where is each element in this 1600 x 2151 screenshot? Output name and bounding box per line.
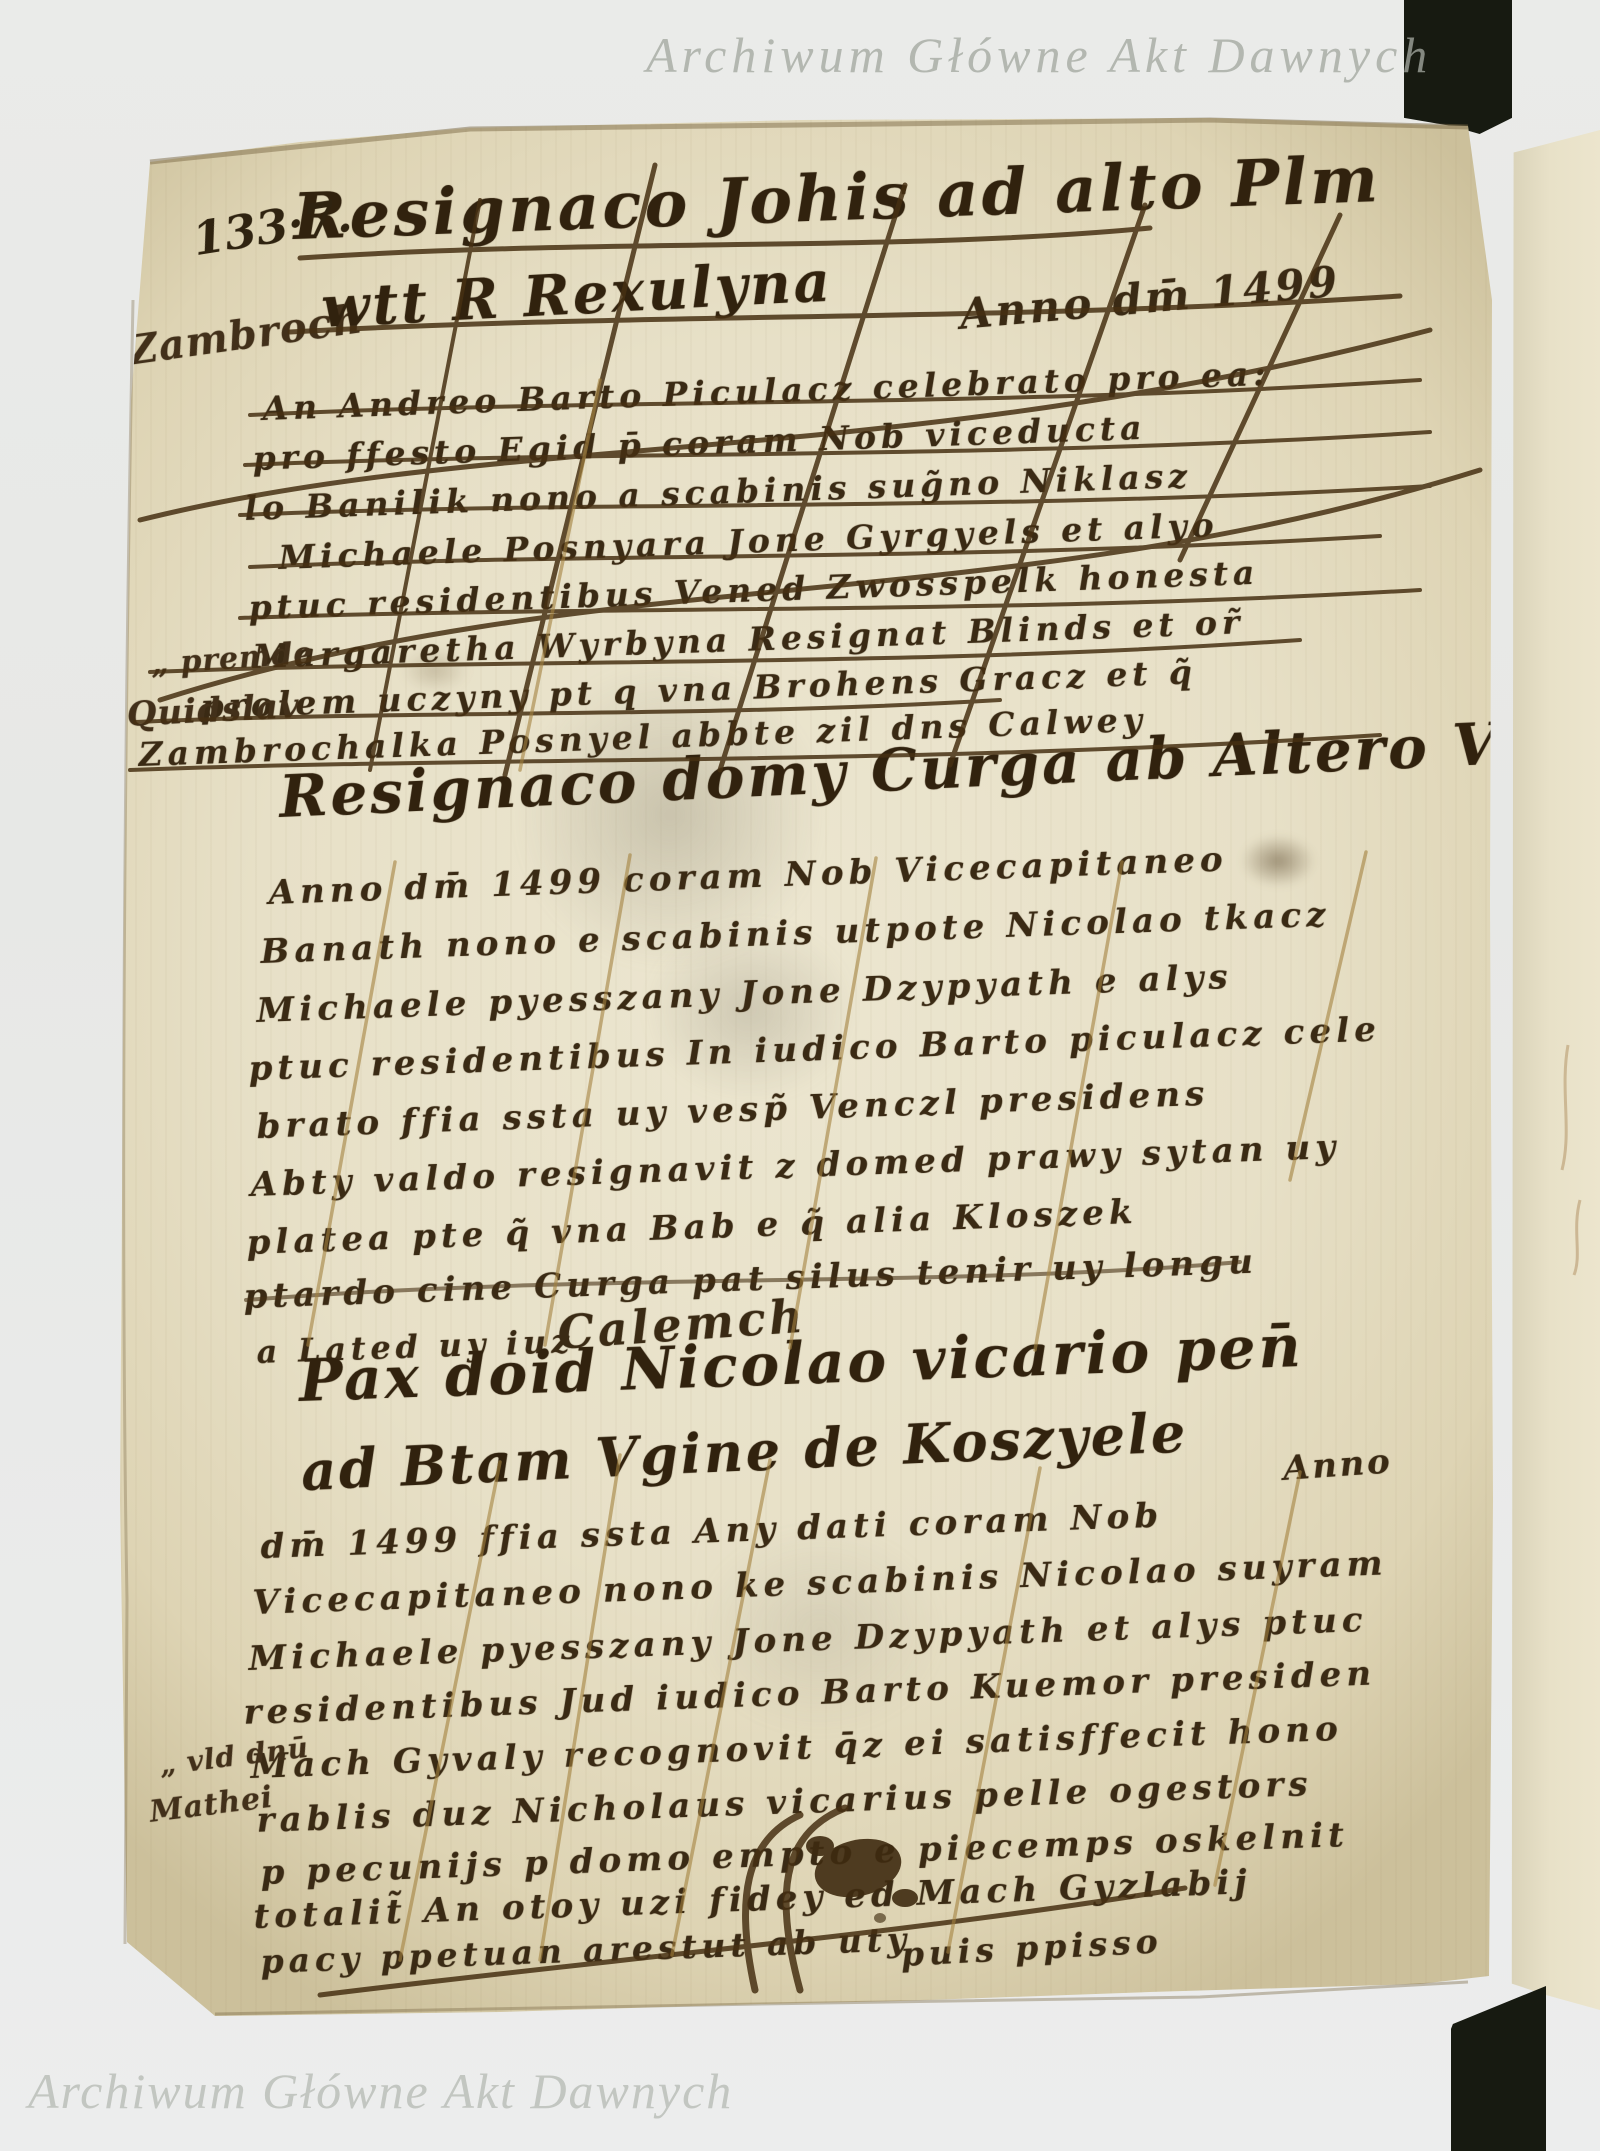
manuscript-line: Anno dm̄ 1499 [958, 261, 1342, 336]
archive-watermark-bottom: Archiwum Główne Akt Dawnych [28, 2062, 733, 2120]
scan-background: Resignaco Johis ad alto PlmZambrochwtt R… [0, 0, 1600, 2151]
ink-stain [1228, 826, 1328, 896]
manuscript-page: Resignaco Johis ad alto PlmZambrochwtt R… [0, 0, 1600, 2151]
binding-tape-top [1404, 0, 1512, 134]
manuscript-line: Anno [1282, 1444, 1393, 1486]
archive-watermark-top: Archiwum Główne Akt Dawnych [646, 26, 1432, 84]
spine-gap [1487, 138, 1523, 1990]
manuscript-line: dm̄ 1499 ffia ssta Any dati coram Nob [260, 1498, 1164, 1563]
manuscript-line: brato ffia ssta uy vesp̃ Venczl presiden… [256, 1077, 1210, 1144]
facing-page-edge [1510, 130, 1600, 2010]
manuscript-line: Resignaco Johis ad alto Plm [292, 148, 1382, 250]
manuscript-line: puis ppisso [900, 1924, 1163, 1971]
manuscript-line: Quidslav [126, 689, 301, 732]
manuscript-line: wtt R Rexulyna [320, 253, 834, 336]
manuscript-line: ad Btam Vgine de Koszyele [300, 1405, 1189, 1498]
binding-tape-bottom [1451, 1986, 1546, 2151]
manuscript-line: Anno dm̄ 1499 coram Nob Vicecapitaneo [268, 843, 1228, 910]
manuscript-line: Michaele pyesszany Jone Dzypyath e alys [256, 960, 1233, 1028]
